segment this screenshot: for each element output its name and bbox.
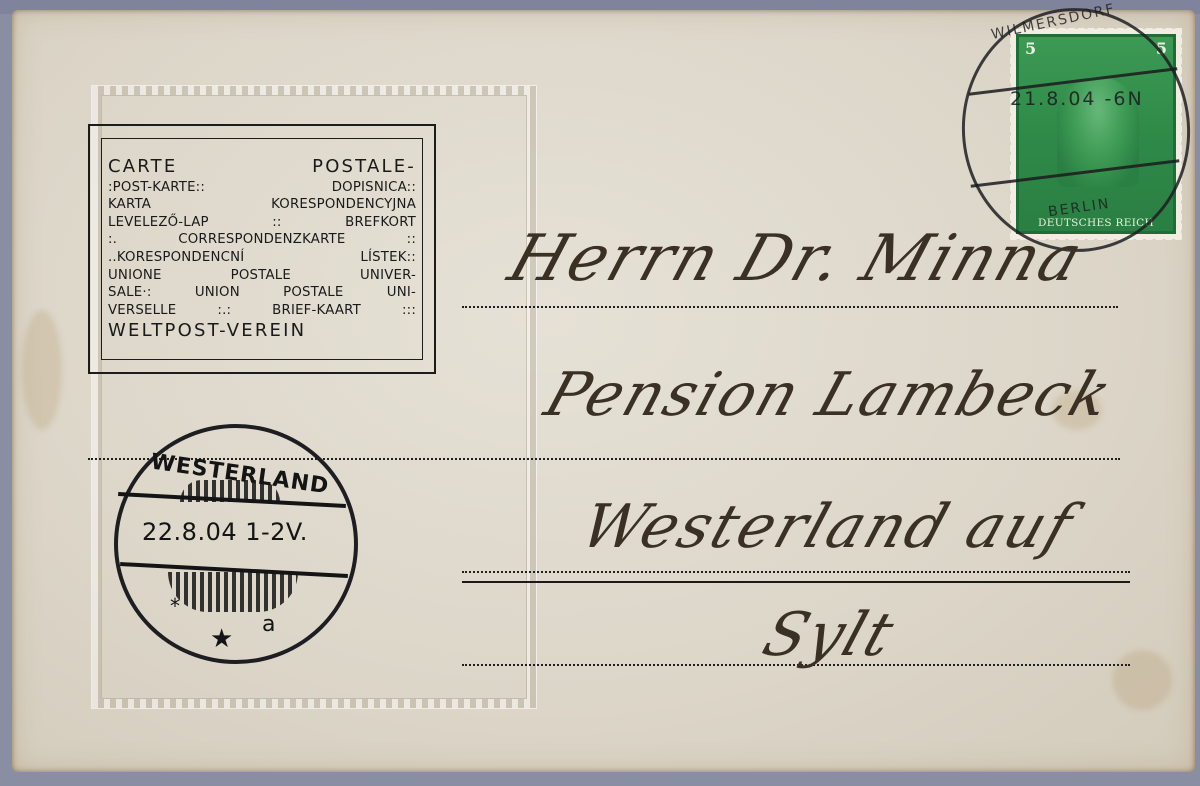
header-line: SALE·: UNION POSTALE UNI- [108,284,416,302]
origin-postmark-date: 21.8.04 -6N [1010,88,1144,110]
header-line: :. CORRESPONDENZKARTE :: [108,231,416,249]
star-icon: * [170,594,180,618]
header-line: LEVELEZŐ-LAP :: BREFKORT [108,214,416,232]
header-footer: WELTPOST-VEREIN [108,319,416,343]
header-line: VERSELLE :.: BRIEF-KAART ::: [108,302,416,320]
address-street: Pension Lambeck [537,360,1122,430]
address-underline [462,581,1130,583]
star-icon: ★ [210,624,233,654]
arrival-postmark-date: 22.8.04 1-2V. [142,518,308,546]
header-line: KARTA KORESPONDENCYJNA [108,196,416,214]
stain [1112,650,1172,710]
address-line-3 [462,571,1130,573]
header-line: :POST-KARTE:: DOPISNICA:: [108,179,416,197]
address-island: Sylt [755,600,904,670]
stain [22,310,62,430]
header-title: CARTE POSTALE- [108,155,416,179]
header-line: ..KORESPONDENCNÍ LÍSTEK:: [108,249,416,267]
address-town: Westerland auf [573,492,1083,562]
address-recipient: Herrn Dr. Minna [500,222,1093,296]
header-line: UNIONE POSTALE UNIVER- [108,267,416,285]
address-line-1 [462,306,1118,308]
upu-header-box: CARTE POSTALE- :POST-KARTE:: DOPISNICA::… [88,124,436,374]
arrival-postmark-code: a [262,612,275,637]
postmark-hatch [168,572,298,612]
